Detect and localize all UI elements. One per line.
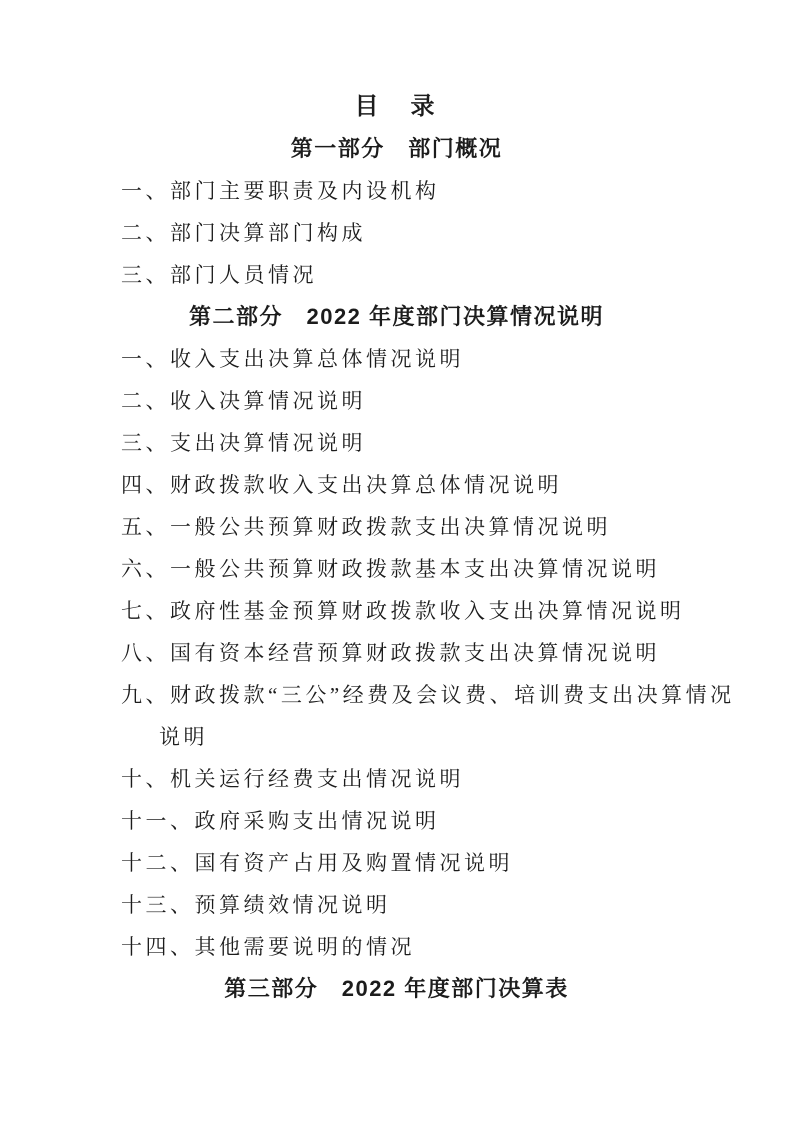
toc-item: 四、财政拨款收入支出决算总体情况说明 [121, 464, 672, 506]
toc-item: 十三、预算绩效情况说明 [121, 884, 672, 926]
toc-item: 一、收入支出决算总体情况说明 [121, 338, 672, 380]
toc-item: 十一、政府采购支出情况说明 [121, 800, 672, 842]
toc-item: 三、支出决算情况说明 [121, 422, 672, 464]
toc-item: 二、部门决算部门构成 [121, 212, 672, 254]
section-heading-part-three: 第三部分 2022 年度部门决算表 [121, 968, 672, 1010]
document-page: 目 录 第一部分 部门概况 一、部门主要职责及内设机构 二、部门决算部门构成 三… [0, 0, 793, 1122]
toc-item: 十、机关运行经费支出情况说明 [121, 758, 672, 800]
toc-item: 七、政府性基金预算财政拨款收入支出决算情况说明 [121, 590, 672, 632]
toc-item: 一、部门主要职责及内设机构 [121, 170, 672, 212]
toc-item: 八、国有资本经营预算财政拨款支出决算情况说明 [121, 632, 672, 674]
page-title: 目 录 [121, 86, 672, 128]
toc-item: 十四、其他需要说明的情况 [121, 926, 672, 968]
toc-item: 二、收入决算情况说明 [121, 380, 672, 422]
toc-section-part-one: 第一部分 部门概况 一、部门主要职责及内设机构 二、部门决算部门构成 三、部门人… [121, 128, 672, 296]
section-heading-part-one: 第一部分 部门概况 [121, 128, 672, 170]
toc-item: 六、一般公共预算财政拨款基本支出决算情况说明 [121, 548, 672, 590]
toc-item: 五、一般公共预算财政拨款支出决算情况说明 [121, 506, 672, 548]
toc-section-part-three: 第三部分 2022 年度部门决算表 [121, 968, 672, 1010]
toc-section-part-two: 第二部分 2022 年度部门决算情况说明 一、收入支出决算总体情况说明 二、收入… [121, 296, 672, 968]
toc-item-continuation: 说明 [121, 716, 672, 758]
toc-item: 九、财政拨款“三公”经费及会议费、培训费支出决算情况 [121, 674, 672, 716]
toc-item: 十二、国有资产占用及购置情况说明 [121, 842, 672, 884]
section-heading-part-two: 第二部分 2022 年度部门决算情况说明 [121, 296, 672, 338]
toc-item: 三、部门人员情况 [121, 254, 672, 296]
